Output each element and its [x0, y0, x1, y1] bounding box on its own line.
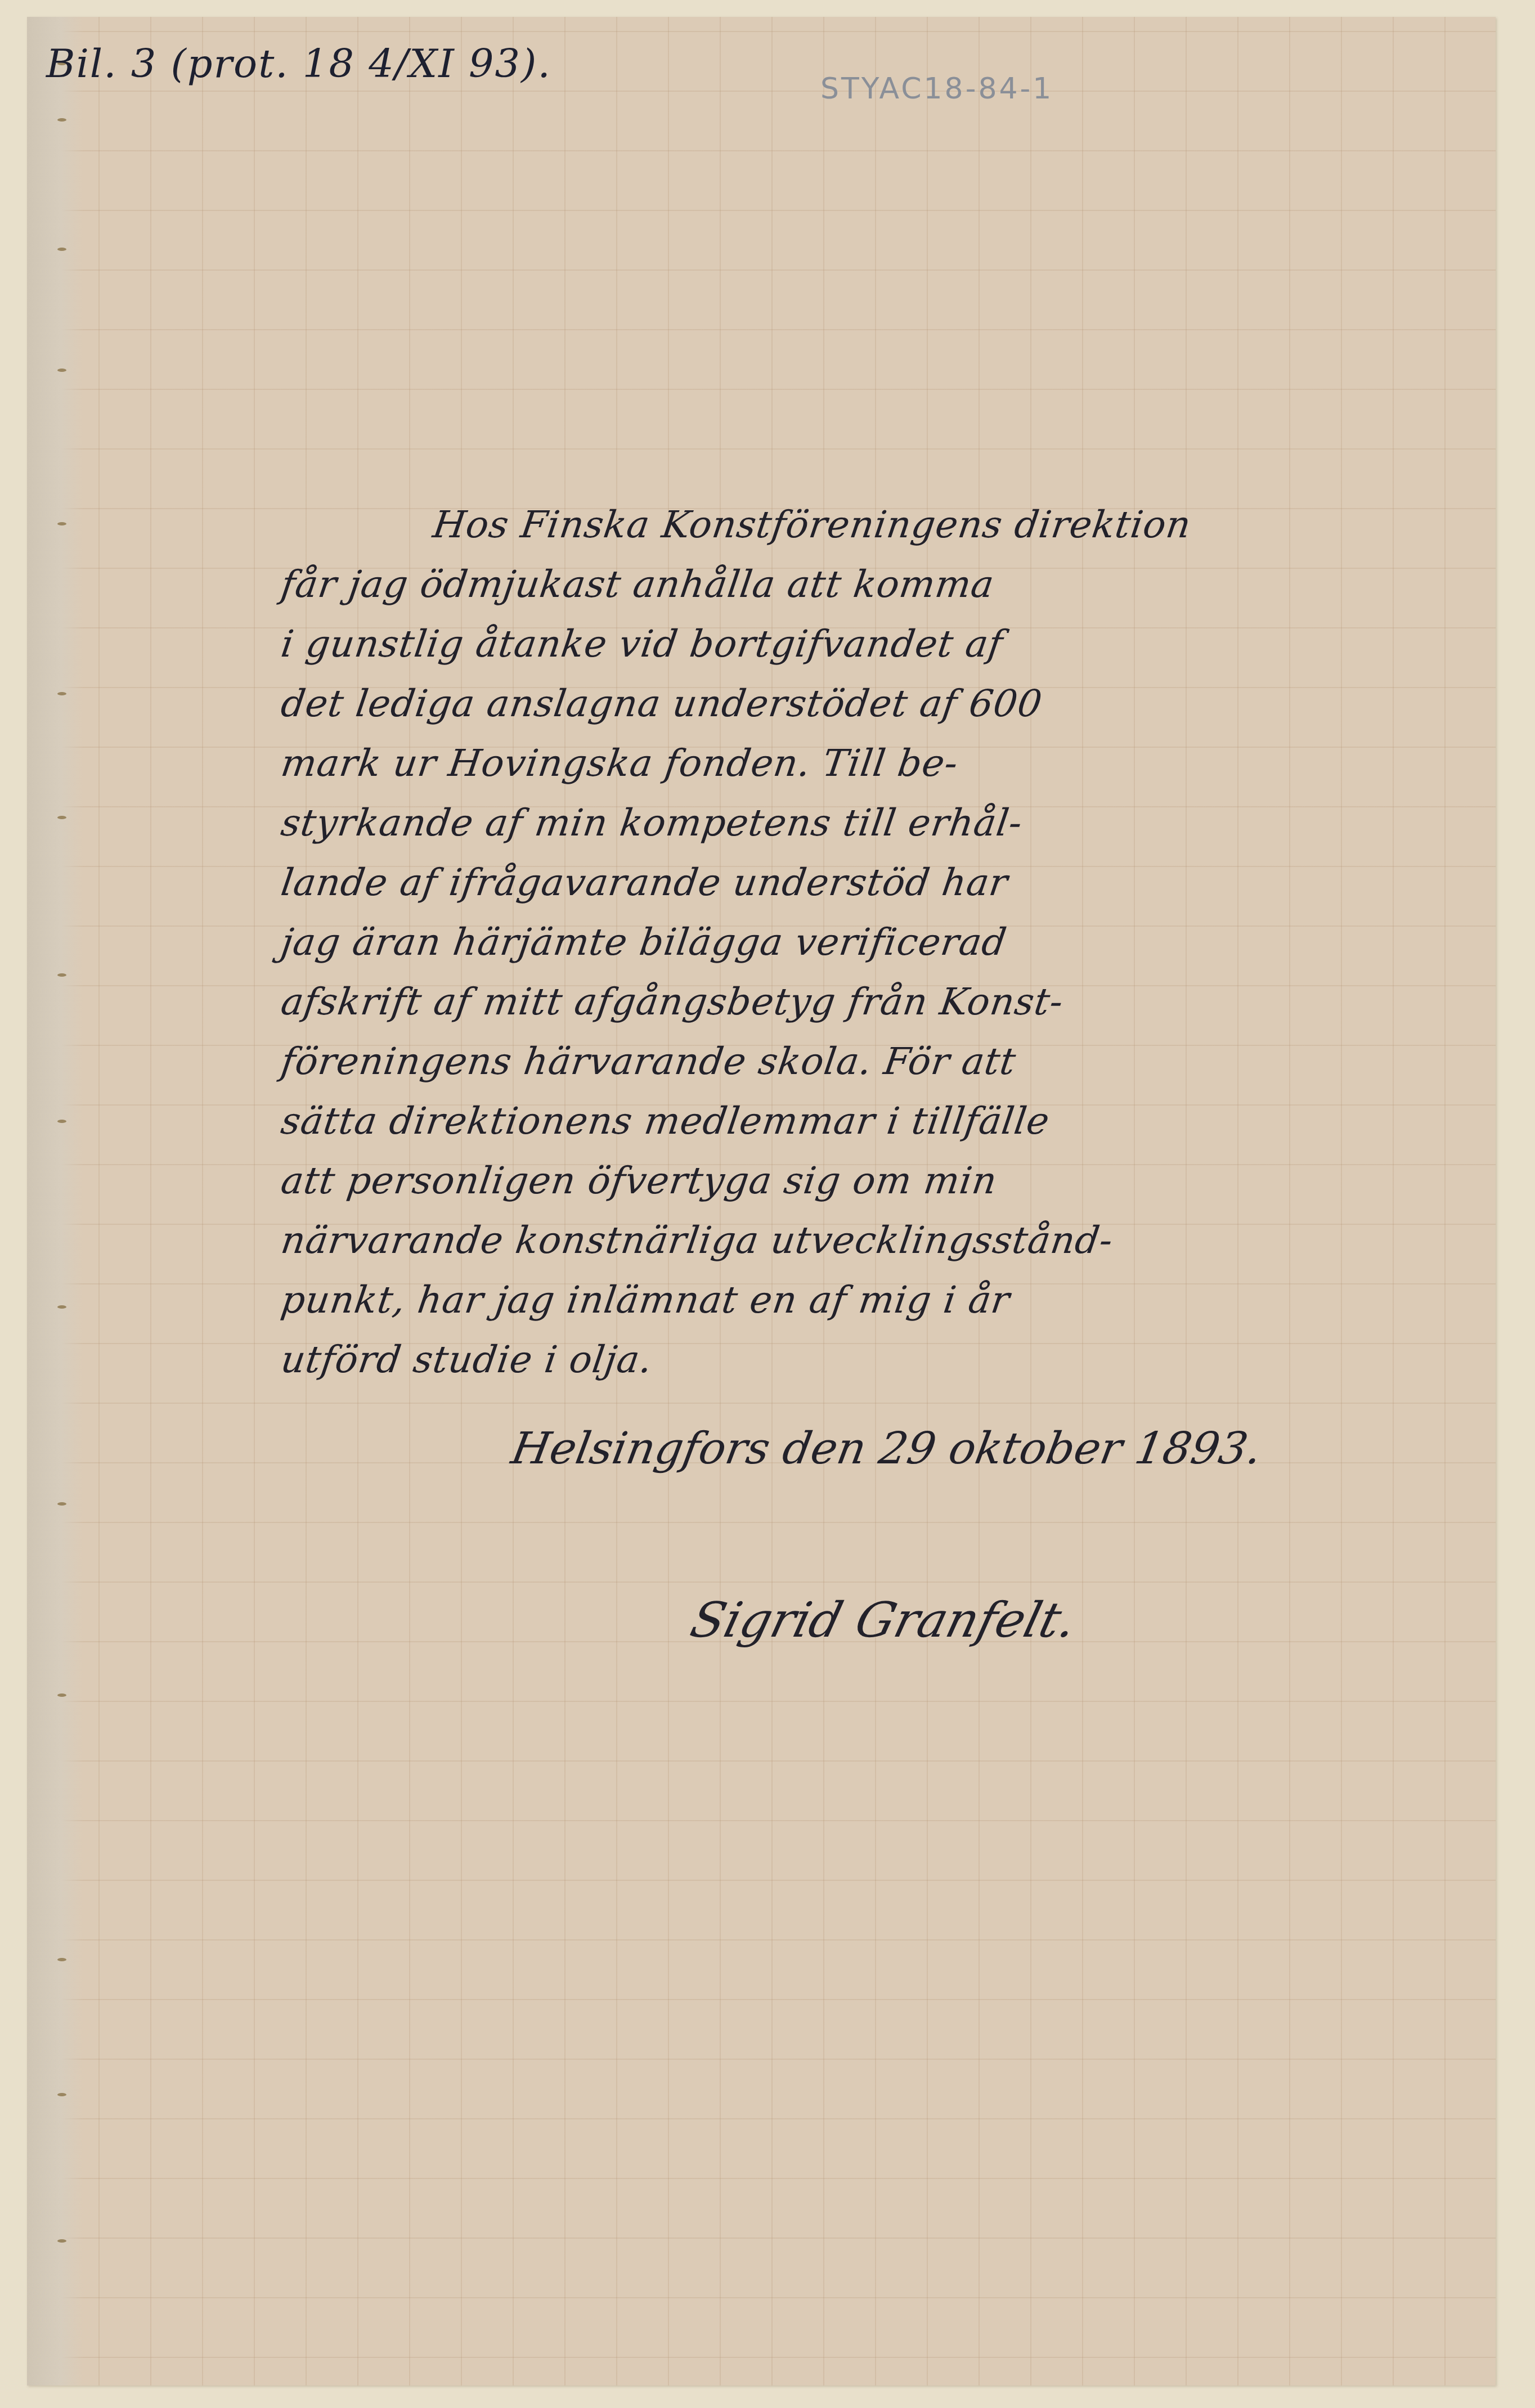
binding-hole: [57, 692, 66, 695]
binding-hole: [57, 816, 66, 819]
binding-hole: [57, 1120, 66, 1123]
binding-hole: [57, 522, 66, 525]
letter-line: sätta direktionens medlemmar i tillfälle: [277, 1091, 1355, 1151]
signature: Sigrid Granfelt.: [685, 1592, 1083, 1648]
letter-line: föreningens härvarande skola. För att: [277, 1032, 1355, 1091]
binding-hole: [57, 1502, 66, 1506]
letter-line: får jag ödmjukast anhålla att komma: [277, 555, 1355, 614]
letter-line: i gunstlig åtanke vid bortgifvandet af: [277, 614, 1355, 674]
letter-line: att personligen öfvertyga sig om min: [277, 1151, 1355, 1211]
letter-line: styrkande af min kompetens till erhål-: [277, 793, 1355, 853]
letter-line: lande af ifrågavarande understöd har: [277, 853, 1355, 913]
binding-hole: [57, 248, 66, 251]
binding-hole: [57, 2093, 66, 2096]
binding-hole: [57, 1958, 66, 1961]
letter-line: närvarande konstnärliga utvecklingsstånd…: [277, 1211, 1355, 1270]
letter-line: mark ur Hovingska fonden. Till be-: [277, 734, 1355, 793]
letter-line: afskrift af mitt afgångsbetyg från Konst…: [277, 972, 1355, 1032]
letter-line: det lediga anslagna understödet af 600: [277, 674, 1355, 734]
binding-hole: [57, 1305, 66, 1309]
letter-line: Hos Finska Konstföreningens direktion: [277, 495, 1355, 555]
binding-hole: [57, 118, 66, 122]
catalog-id: STYAC18-84-1: [820, 72, 1053, 106]
letter-line: utförd studie i olja.: [277, 1330, 1355, 1390]
letter-body: Hos Finska Konstföreningens direktion få…: [281, 495, 1350, 1390]
place-and-date: Helsingfors den 29 oktober 1893.: [508, 1423, 1265, 1474]
binding-hole: [57, 973, 66, 977]
torn-binding-edge: [27, 17, 83, 2385]
binding-hole: [57, 369, 66, 372]
archival-reference: Bil. 3 (prot. 18 4/XI 93).: [46, 41, 551, 87]
letter-line: punkt, har jag inlämnat en af mig i år: [277, 1270, 1355, 1330]
binding-hole: [57, 2239, 66, 2243]
binding-hole: [57, 1693, 66, 1697]
letter-line: jag äran härjämte bilägga verificerad: [277, 913, 1355, 972]
